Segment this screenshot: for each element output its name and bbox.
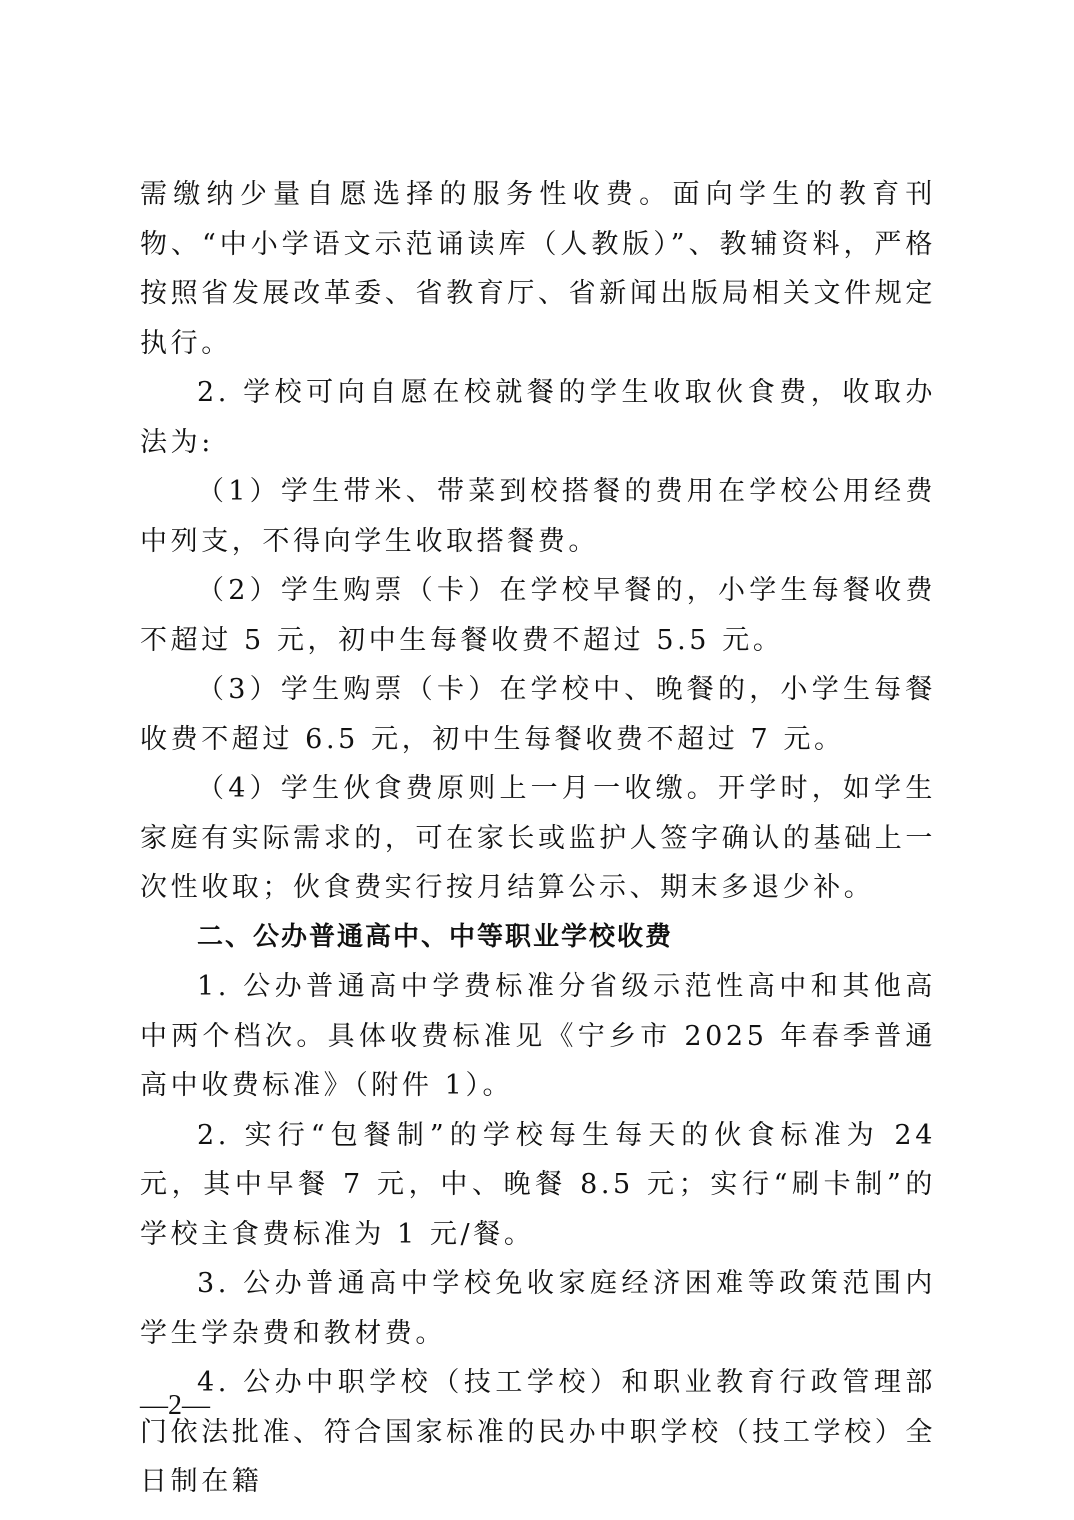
paragraph-item-2-meal-fees: 2. 学校可向自愿在校就餐的学生收取伙食费，收取办法为: [140,368,936,467]
paragraph-item-1-tuition-standard: 1. 公办普通高中学费标准分省级示范性高中和其他高中两个档次。具体收费标准见《宁… [140,962,936,1111]
paragraph-subitem-3-lunch-dinner: （3）学生购票（卡）在学校中、晚餐的，小学生每餐收费不超过 6.5 元，初中生每… [140,665,936,764]
paragraph-subitem-4-monthly-collection: （4）学生伙食费原则上一月一收缴。开学时，如学生家庭有实际需求的，可在家长或监护… [140,764,936,913]
paragraph-continuation-service-fees: 需缴纳少量自愿选择的服务性收费。面向学生的教育刊物、“中小学语文示范诵读库（人教… [140,170,936,368]
document-page-body: 需缴纳少量自愿选择的服务性收费。面向学生的教育刊物、“中小学语文示范诵读库（人教… [140,170,936,1507]
paragraph-subitem-2-breakfast: （2）学生购票（卡）在学校早餐的，小学生每餐收费不超过 5 元，初中生每餐收费不… [140,566,936,665]
paragraph-item-3-fee-exemption: 3. 公办普通高中学校免收家庭经济困难等政策范围内学生学杂费和教材费。 [140,1259,936,1358]
paragraph-subitem-1-bring-rice: （1）学生带米、带菜到校搭餐的费用在学校公用经费中列支，不得向学生收取搭餐费。 [140,467,936,566]
paragraph-item-4-vocational-schools: 4. 公办中职学校（技工学校）和职业教育行政管理部门依法批准、符合国家标准的民办… [140,1358,936,1507]
page-number: —2— [140,1390,210,1422]
paragraph-item-2-meal-standard: 2. 实行“包餐制”的学校每生每天的伙食标准为 24 元，其中早餐 7 元，中、… [140,1111,936,1260]
section-heading-high-school-fees: 二、公办普通高中、中等职业学校收费 [140,913,936,963]
